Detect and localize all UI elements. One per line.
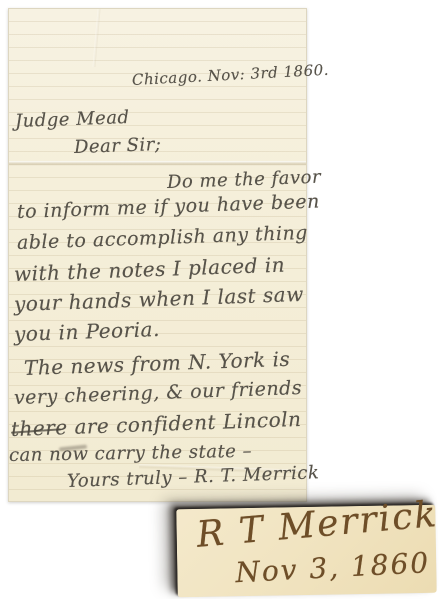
recipient-line: Judge Mead	[15, 107, 130, 132]
letter-page: Chicago. Nov: 3rd 1860. Judge Mead Dear …	[8, 8, 307, 502]
fold-crease	[92, 9, 100, 67]
salutation-line: Dear Sir;	[74, 134, 162, 158]
date-line: Chicago. Nov: 3rd 1860.	[132, 61, 330, 89]
body-line: able to accomplish any thing	[17, 222, 309, 254]
fold-crease	[9, 161, 306, 166]
body-line: to inform me if you have been	[17, 190, 320, 223]
closing-signature-line: Yours truly – R. T. Merrick	[67, 462, 320, 492]
signature-inset-card: R T Merrick Nov 3, 1860	[176, 505, 436, 598]
body-line: with the notes I placed in	[14, 253, 286, 286]
body-line: you in Peoria.	[14, 317, 161, 346]
body-line: there are confident Lincoln	[11, 407, 302, 441]
body-line: Do me the favor	[167, 167, 322, 193]
scanned-letter-photo: Chicago. Nov: 3rd 1860. Judge Mead Dear …	[0, 0, 439, 599]
body-line: can now carry the state –	[9, 441, 252, 466]
body-line: The news from N. York is	[24, 347, 291, 380]
body-line: very cheering, & our friends	[14, 377, 303, 409]
inset-signature-date: Nov 3, 1860	[235, 546, 431, 589]
body-line: your hands when I last saw	[14, 282, 305, 316]
